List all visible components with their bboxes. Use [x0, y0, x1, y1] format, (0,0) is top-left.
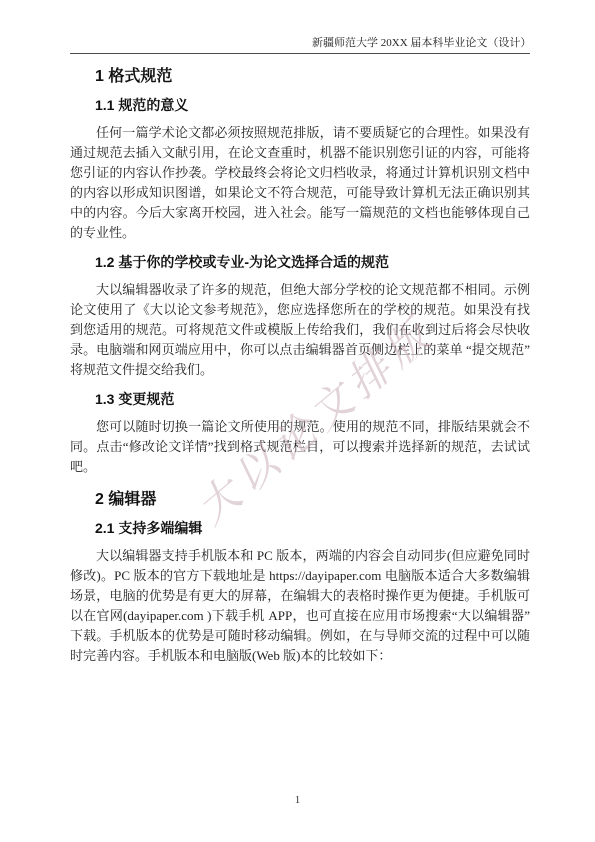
- document-page: 新疆师范大学 20XX 届本科毕业论文（设计） 大以论文排版 1 格式规范 1.…: [0, 0, 595, 842]
- page-number: 1: [295, 794, 301, 806]
- heading-2-1-multi-device-editing: 2.1 支持多端编辑: [95, 520, 530, 537]
- header-title: 新疆师范大学 20XX 届本科毕业论文（设计）: [312, 36, 530, 50]
- page-header: 新疆师范大学 20XX 届本科毕业论文（设计）: [70, 0, 530, 54]
- heading-1-2-choose-spec: 1.2 基于你的学校或专业-为论文选择合适的规范: [95, 254, 530, 271]
- paragraph-1-3: 您可以随时切换一篇论文所使用的规范。使用的规范不同，排版结果就会不同。点击“修改…: [70, 417, 530, 477]
- page-footer: 1: [0, 794, 595, 806]
- paragraph-2-1: 大以编辑器支持手机版本和 PC 版本，两端的内容会自动同步(但应避免同时修改)。…: [70, 546, 530, 666]
- heading-1-3-change-spec: 1.3 变更规范: [95, 391, 530, 408]
- heading-1-1-meaning-of-spec: 1.1 规范的意义: [95, 97, 530, 114]
- heading-1-format-spec: 1 格式规范: [95, 68, 530, 86]
- paragraph-1-1: 任何一篇学术论文都必须按照规范排版，请不要质疑它的合理性。如果没有通过规范去插入…: [70, 123, 530, 243]
- document-content: 1 格式规范 1.1 规范的意义 任何一篇学术论文都必须按照规范排版，请不要质疑…: [70, 68, 530, 666]
- heading-2-editor: 2 编辑器: [95, 491, 530, 509]
- paragraph-1-2: 大以编辑器收录了许多的规范，但绝大部分学校的论文规范都不相同。示例论文使用了《大…: [70, 280, 530, 380]
